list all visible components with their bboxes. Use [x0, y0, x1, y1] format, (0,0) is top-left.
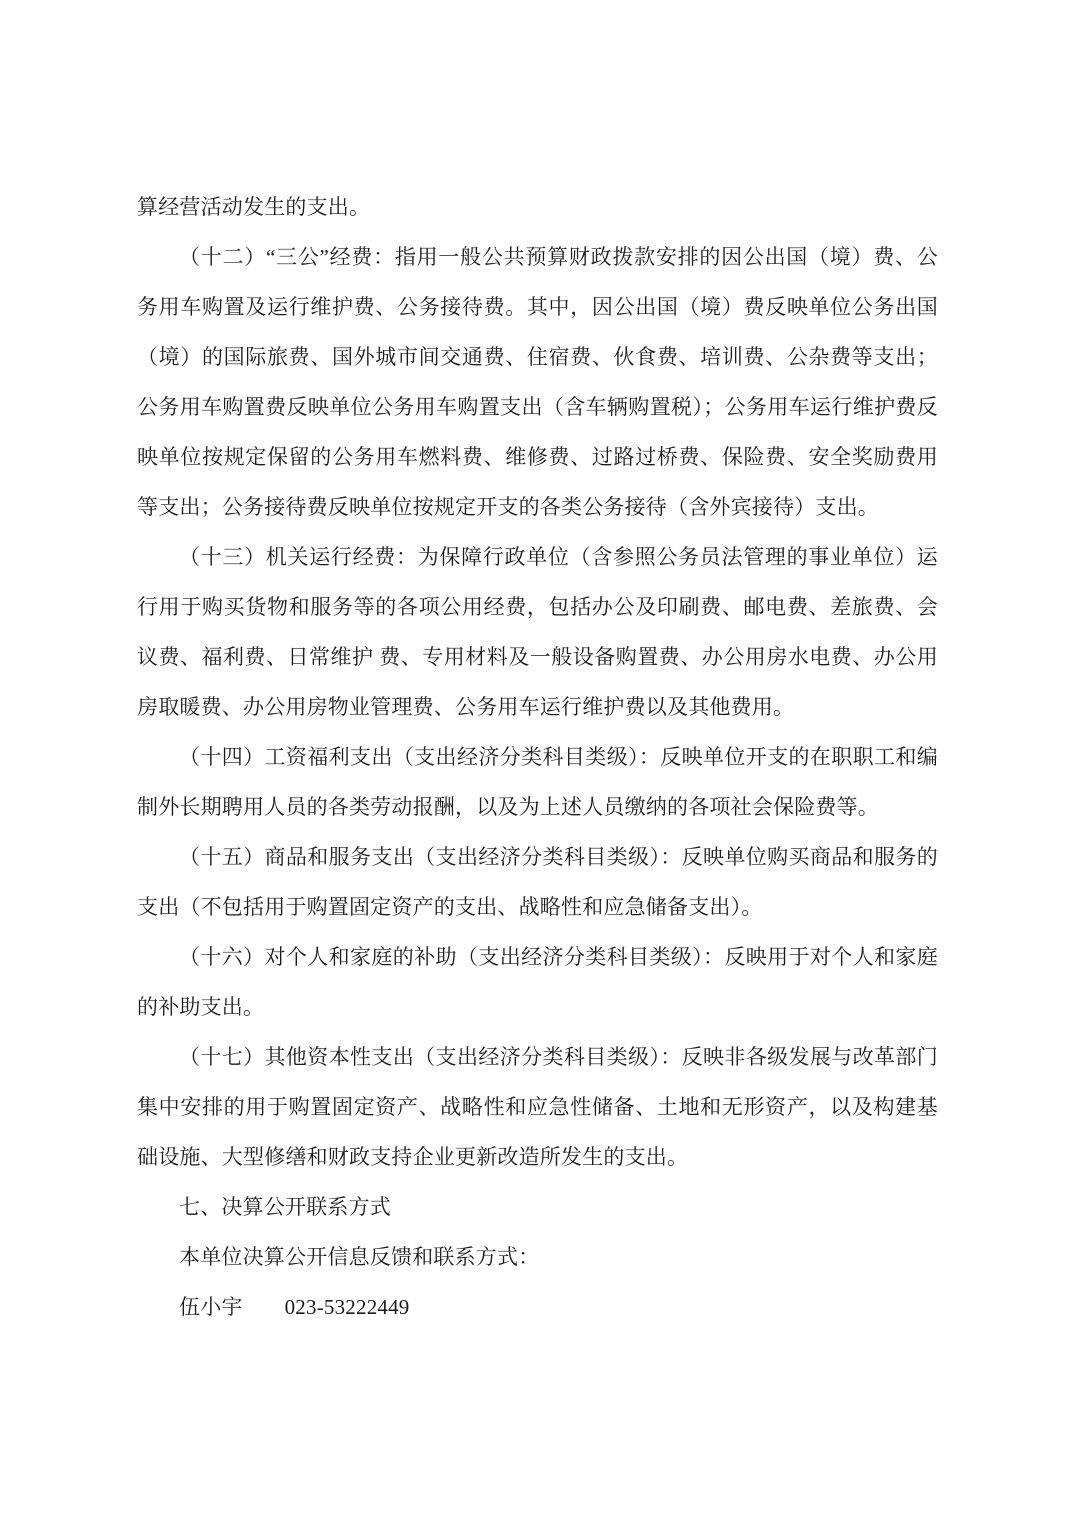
paragraph-item-17-other-capital-expenditure: （十七）其他资本性支出（支出经济分类科目类级）：反映非各级发展与改革部门集中安排… — [137, 1032, 938, 1182]
paragraph-contact-intro: 本单位决算公开信息反馈和联系方式： — [137, 1232, 938, 1282]
contact-name: 伍小宇 — [179, 1295, 243, 1319]
paragraph-item-12-sangong-funds: （十二）“三公”经费：指用一般公共预算财政拨款安排的因公出国（境）费、公务用车购… — [137, 232, 938, 532]
paragraph-item-15-goods-services-expenditure: （十五）商品和服务支出（支出经济分类科目类级）：反映单位购买商品和服务的支出（不… — [137, 832, 938, 932]
paragraph-item-16-individual-family-subsidy: （十六）对个人和家庭的补助（支出经济分类科目类级）：反映用于对个人和家庭的补助支… — [137, 932, 938, 1032]
document-page: 算经营活动发生的支出。 （十二）“三公”经费：指用一般公共预算财政拨款安排的因公… — [0, 0, 1074, 1520]
paragraph-contact-info: 伍小宇023-53222449 — [137, 1282, 938, 1332]
contact-phone: 023-53222449 — [285, 1295, 410, 1319]
section-heading-contact-method: 七、决算公开联系方式 — [137, 1182, 938, 1232]
paragraph-continuation: 算经营活动发生的支出。 — [137, 182, 938, 232]
paragraph-item-14-wage-welfare-expenditure: （十四）工资福利支出（支出经济分类科目类级）：反映单位开支的在职职工和编制外长期… — [137, 732, 938, 832]
paragraph-item-13-agency-operating-funds: （十三）机关运行经费：为保障行政单位（含参照公务员法管理的事业单位）运行用于购买… — [137, 532, 938, 732]
